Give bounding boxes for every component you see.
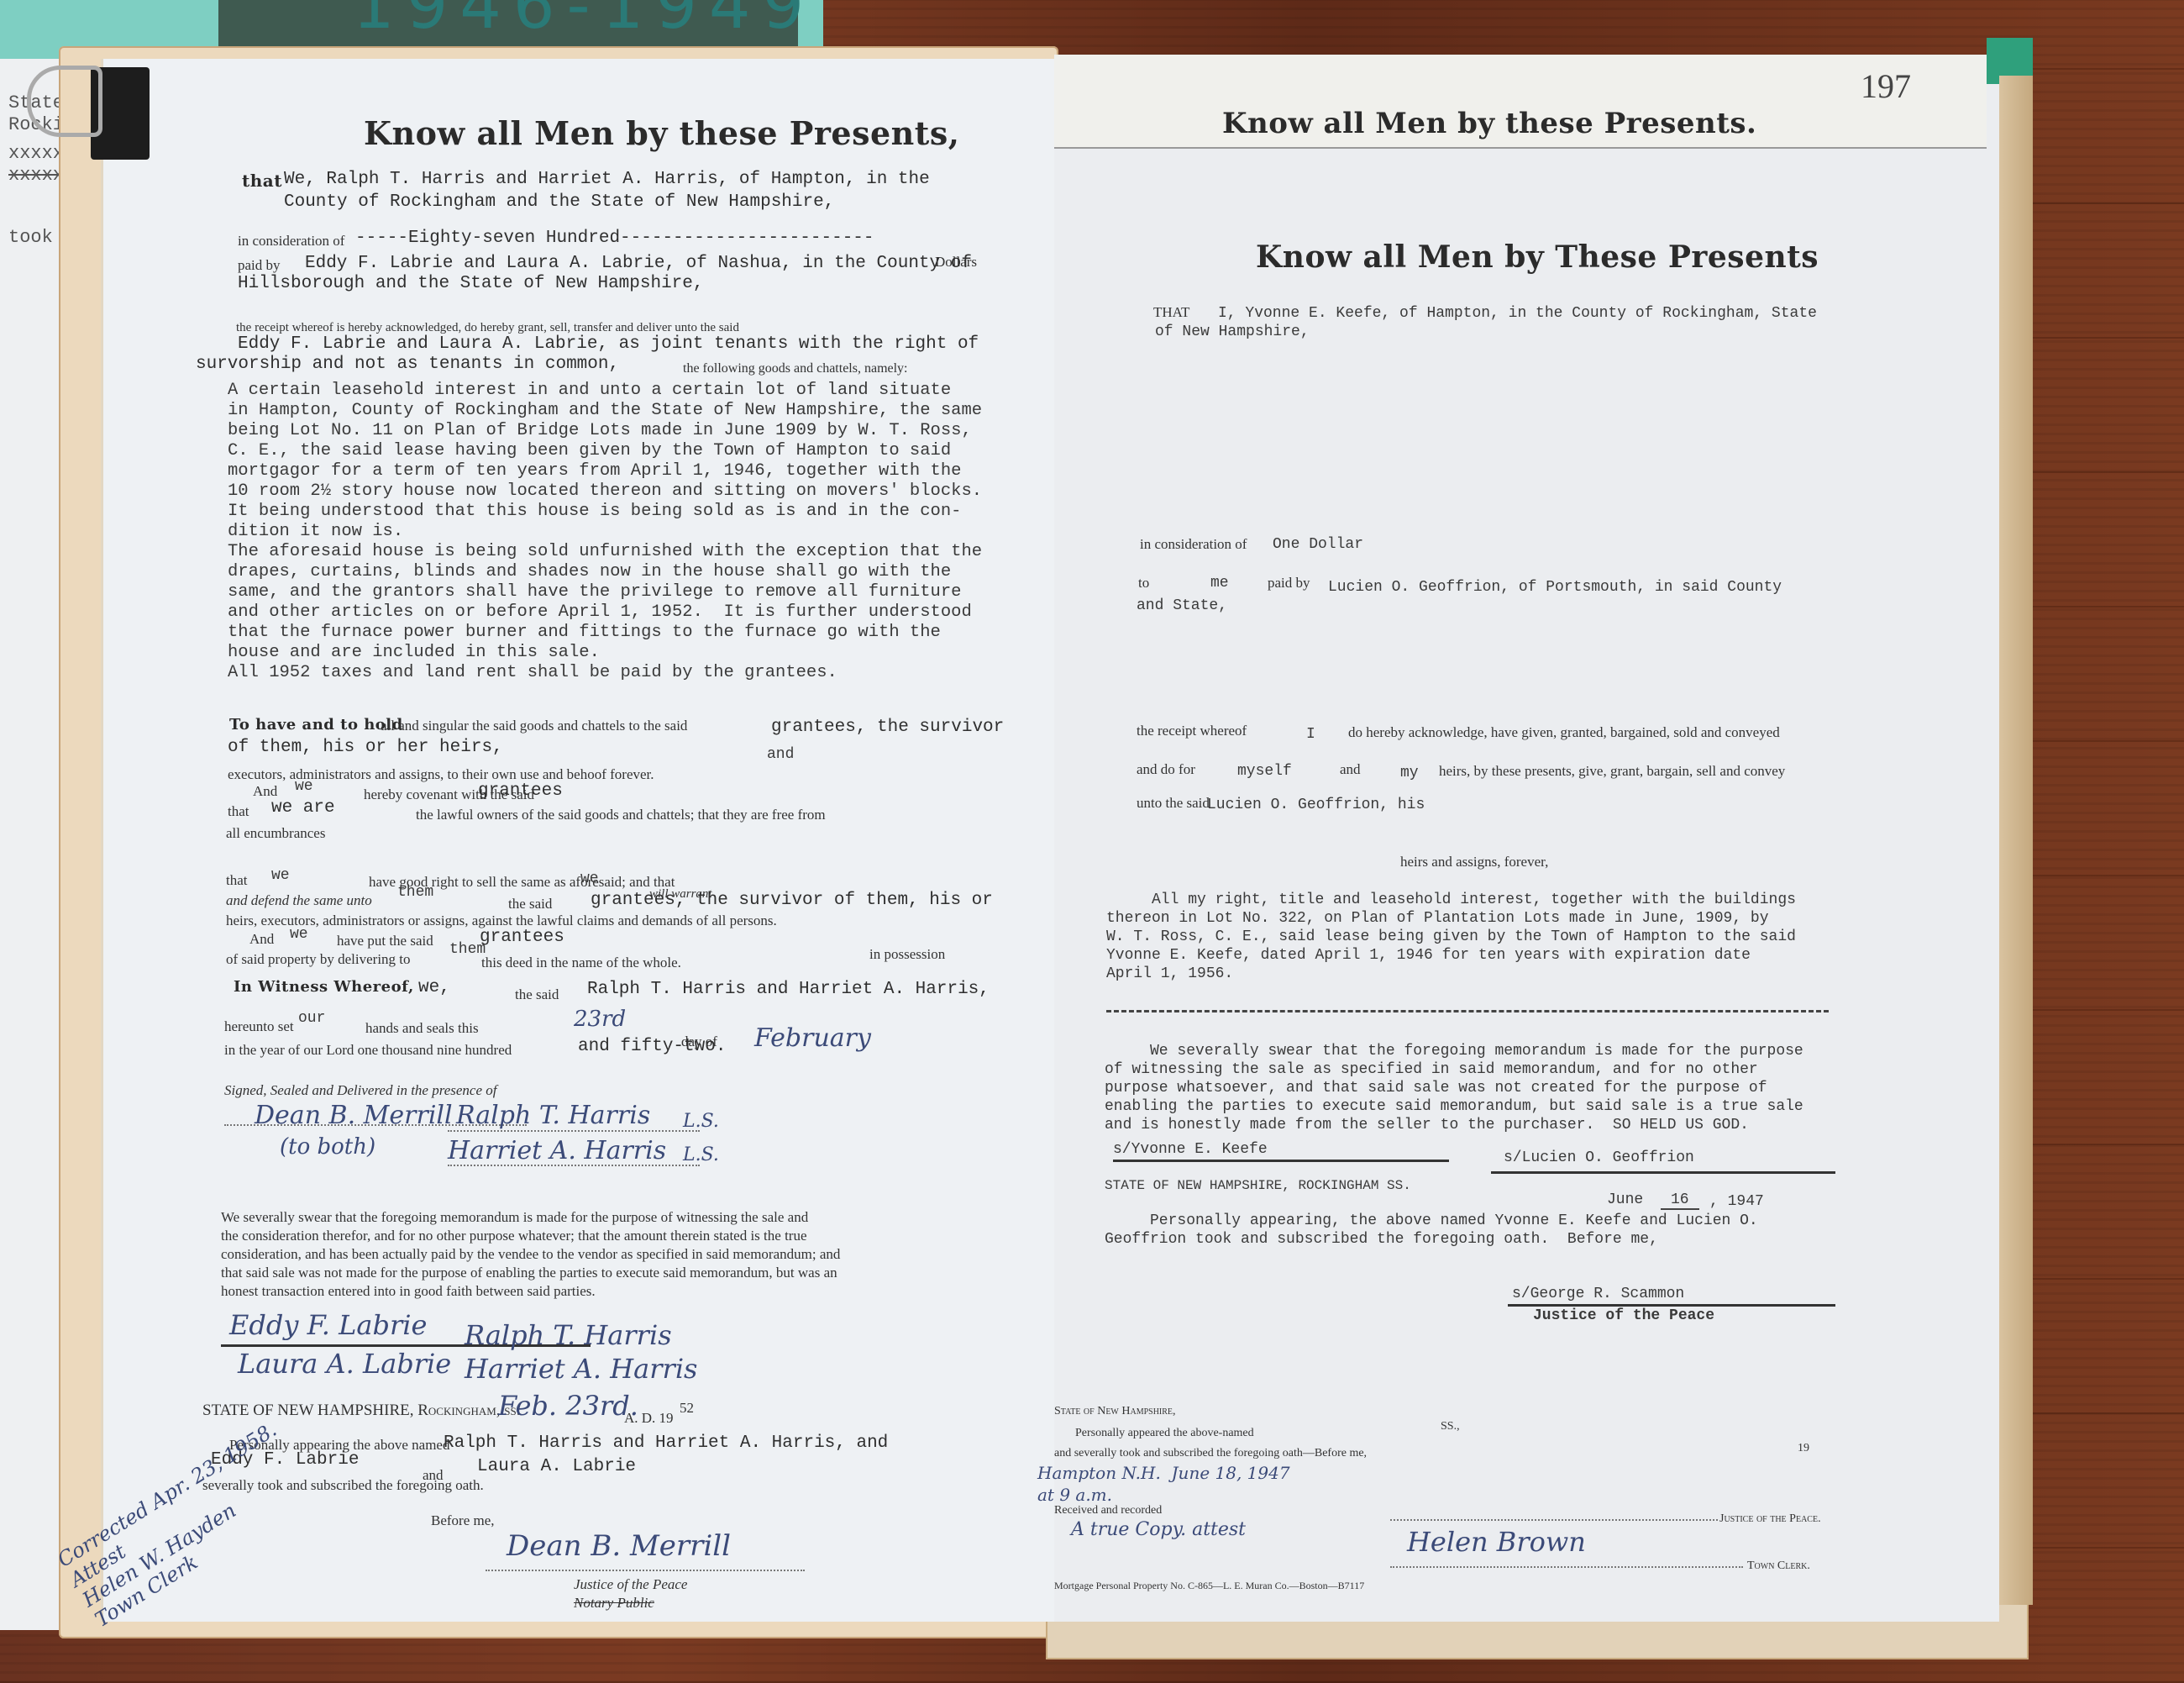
ad-label: A. D. 19	[624, 1410, 674, 1427]
put-grantees: grantees	[480, 928, 564, 947]
my-value: my	[1400, 765, 1419, 781]
right-signature-2: s/Lucien O. Geoffrion	[1504, 1149, 1694, 1166]
right-description: All my right, title and leasehold intere…	[1106, 891, 1796, 983]
good-right-we-2: we	[580, 870, 599, 887]
receipt-clause: the receipt whereof is hereby acknowledg…	[236, 321, 739, 335]
right-page-header-strip: Know all Men by these Presents. 197	[1054, 55, 1987, 149]
paid-by-value: Eddy F. Labrie and Laura A. Labrie, of N…	[238, 254, 972, 294]
to-have-typed: grantees, the survivor	[771, 718, 1004, 737]
left-deed-title: Know all Men by these Presents,	[364, 114, 959, 152]
right-and-label: and	[1340, 761, 1361, 778]
that-label: that	[242, 171, 282, 191]
dashed-separator	[1106, 1010, 1829, 1012]
left-deed-page: Know all Men by these Presents, that We,…	[101, 59, 1061, 1622]
notary-public-struck: Notary Public	[574, 1595, 654, 1612]
good-right-we: we	[271, 867, 290, 884]
month-value: February	[754, 1023, 871, 1053]
right-consideration-label: in consideration of	[1140, 536, 1247, 553]
goods-label: the following goods and chattels, namely…	[683, 361, 908, 376]
hand-seal-text: hands and seals this	[365, 1020, 479, 1037]
witness-label: In Witness Whereof,	[234, 978, 414, 996]
ls-label-2: L.S.	[683, 1144, 719, 1165]
put-and: And	[249, 931, 274, 948]
jp-title: Justice of the Peace	[574, 1576, 687, 1593]
right-state-line: STATE OF NEW HAMPSHIRE, ROCKINGHAM SS.	[1105, 1178, 1411, 1193]
right-jp-line	[1508, 1304, 1835, 1307]
do-for-value: myself	[1237, 763, 1292, 780]
defend-said: the said	[508, 896, 552, 913]
do-for-label: and do for	[1137, 761, 1195, 778]
received-label: Received and recorded	[1054, 1504, 1162, 1517]
right-oath-text: We severally swear that the foregoing me…	[1105, 1042, 1803, 1134]
clerk-signature: Helen Brown	[1407, 1526, 1586, 1558]
right-header-title: Know all Men by these Presents.	[1222, 107, 1756, 140]
defend-text: and defend the same unto	[226, 892, 372, 909]
jp-signature: Dean B. Merrill	[507, 1529, 731, 1563]
and-typed: and	[767, 746, 794, 763]
true-copy-note: A true Copy. attest	[1071, 1519, 1246, 1540]
to-have-label: To have and to hold	[229, 716, 403, 734]
left-oath-text: We severally swear that the foregoing me…	[221, 1208, 977, 1301]
signed-sealed-label: Signed, Sealed and Delivered in the pres…	[224, 1082, 496, 1099]
form-oath: and severally took and subscribed the fo…	[1054, 1447, 1367, 1460]
consideration-label: in consideration of	[238, 233, 344, 250]
heirs-typed: of them, his or her heirs,	[228, 738, 503, 757]
covenant-and: And	[253, 783, 277, 800]
right-receipt-text: do hereby acknowledge, have given, grant…	[1348, 724, 1780, 741]
form-appeared: Personally appeared the above-named	[1075, 1427, 1254, 1440]
ls-label-1: L.S.	[683, 1111, 719, 1132]
grantor-signature-2: Harriet A. Harris	[448, 1136, 666, 1165]
hereunto-text: hereunto set	[224, 1018, 294, 1035]
defend-typed: grantees, the survivor of them, his or	[591, 891, 993, 910]
binder-clip-handle[interactable]	[27, 66, 102, 137]
delivering-rest: this deed in the name of the whole.	[481, 955, 681, 971]
appearing-names-1: Ralph T. Harris and Harriet A. Harris, a…	[444, 1433, 888, 1453]
form-clerk-line	[1390, 1566, 1743, 1568]
year-value: and fifty-two.	[578, 1037, 726, 1056]
defend-them: them	[397, 884, 433, 901]
binder-tab-label: 1946-1949	[353, 0, 816, 44]
form-clerk: Town Clerk.	[1747, 1559, 1810, 1573]
encumbrances-text: all encumbrances	[226, 825, 325, 842]
right-receipt-I: I	[1306, 726, 1315, 743]
we-are: we are	[271, 798, 335, 818]
behind-text-3: xxxxx	[8, 143, 64, 165]
put-text: have put the said	[337, 933, 433, 949]
that-label-2: that	[228, 803, 249, 820]
appearing-names-3: Laura A. Labrie	[477, 1457, 636, 1476]
form-19: 19	[1798, 1442, 1809, 1455]
heirs-text: heirs, executors, administrators or assi…	[226, 913, 777, 929]
before-me-label: Before me,	[431, 1512, 495, 1529]
our-text: our	[298, 1010, 325, 1027]
grantor-line-2	[448, 1165, 700, 1166]
right-grantor-line: I, Yvonne E. Keefe, of Hampton, in the C…	[1155, 304, 1817, 341]
lawful-owner-text: the lawful owners of the said goods and …	[416, 807, 826, 823]
unto-label: unto the said	[1137, 795, 1210, 812]
put-we: we	[290, 926, 308, 943]
right-deed-title: Know all Men by These Presents	[1256, 239, 1819, 275]
left-state-date: Feb. 23rd.	[498, 1390, 638, 1422]
good-right-that: that	[226, 872, 248, 889]
right-jp-title: Justice of the Peace	[1533, 1307, 1714, 1324]
year-text: in the year of our Lord one thousand nin…	[224, 1042, 512, 1059]
left-state-line: STATE OF NEW HAMPSHIRE, Rockingham, ss.	[202, 1402, 521, 1420]
form-jp-line	[1390, 1519, 1718, 1521]
form-ss: SS.,	[1441, 1420, 1460, 1433]
witness-we: we,	[418, 978, 450, 997]
unto-value: Lucien O. Geoffrion, his	[1207, 797, 1425, 813]
right-appearing-text: Personally appearing, the above named Yv…	[1105, 1212, 1758, 1249]
page-number: 197	[1861, 66, 1911, 106]
grantors-line: We, Ralph T. Harris and Harriet A. Harri…	[284, 168, 930, 213]
grantor-signature-1: Ralph T. Harris	[456, 1101, 650, 1130]
to-have-text: all and singular the said goods and chat…	[381, 718, 687, 734]
witness-note: (to both)	[280, 1134, 375, 1160]
oath-signature-1: Eddy F. Labrie	[229, 1309, 427, 1341]
date-year: , 1947	[1709, 1193, 1764, 1210]
jp-signature-line	[486, 1570, 805, 1571]
executors-text: executors, administrators and assigns, t…	[228, 766, 654, 783]
property-description: A certain leasehold interest in and unto…	[228, 381, 982, 683]
right-signature-line-1	[1113, 1160, 1449, 1162]
date-month: June	[1607, 1191, 1643, 1208]
possession-label: in possession	[869, 946, 945, 963]
covenant-grantees: grantees	[478, 781, 563, 801]
right-receipt-label: the receipt whereof	[1137, 723, 1247, 739]
right-deed-page: Know all Men by These Presents THAT I, Y…	[1054, 84, 1999, 1622]
date-day: 16	[1661, 1191, 1699, 1210]
heirs-assigns: heirs and assigns, forever,	[1400, 854, 1548, 870]
covenant-we: we	[295, 778, 313, 795]
witness-said: the said	[515, 986, 559, 1003]
oath-signature-2: Laura A. Labrie	[238, 1348, 451, 1380]
recorded-note: Hampton N.H. June 18, 1947 at 9 a.m.	[1037, 1462, 1290, 1506]
grantor-line-1	[448, 1130, 700, 1132]
right-jp-signature: s/George R. Scammon	[1512, 1286, 1684, 1302]
delivering-text: of said property by delivering to	[226, 951, 411, 968]
oath-signature-4: Harriet A. Harris	[465, 1353, 697, 1385]
oath-signature-3: Ralph T. Harris	[465, 1319, 672, 1351]
right-paid-by-value: Lucien O. Geoffrion, of Portsmouth, in s…	[1137, 578, 1782, 615]
witness-names: Ralph T. Harris and Harriet A. Harris,	[587, 980, 990, 999]
day-value: 23rd	[574, 1007, 626, 1032]
form-jp: Justice of the Peace.	[1719, 1512, 1821, 1526]
form-state: State of New Hampshire,	[1054, 1405, 1176, 1418]
behind-text-4: xxxxx	[8, 165, 64, 187]
right-signature-line-2	[1491, 1171, 1835, 1174]
right-heirs-text: heirs, by these presents, give, grant, b…	[1439, 763, 1785, 780]
form-footer: Mortgage Personal Property No. C-865—L. …	[1054, 1580, 1364, 1592]
right-signature-1: s/Yvonne E. Keefe	[1113, 1141, 1268, 1158]
delivering-them: them	[449, 941, 486, 958]
right-consideration-value: One Dollar	[1273, 536, 1363, 553]
torn-page-edges	[1999, 76, 2033, 1605]
ad-year: 52	[680, 1400, 694, 1417]
consideration-value: -----Eighty-seven Hundred---------------…	[355, 229, 874, 248]
